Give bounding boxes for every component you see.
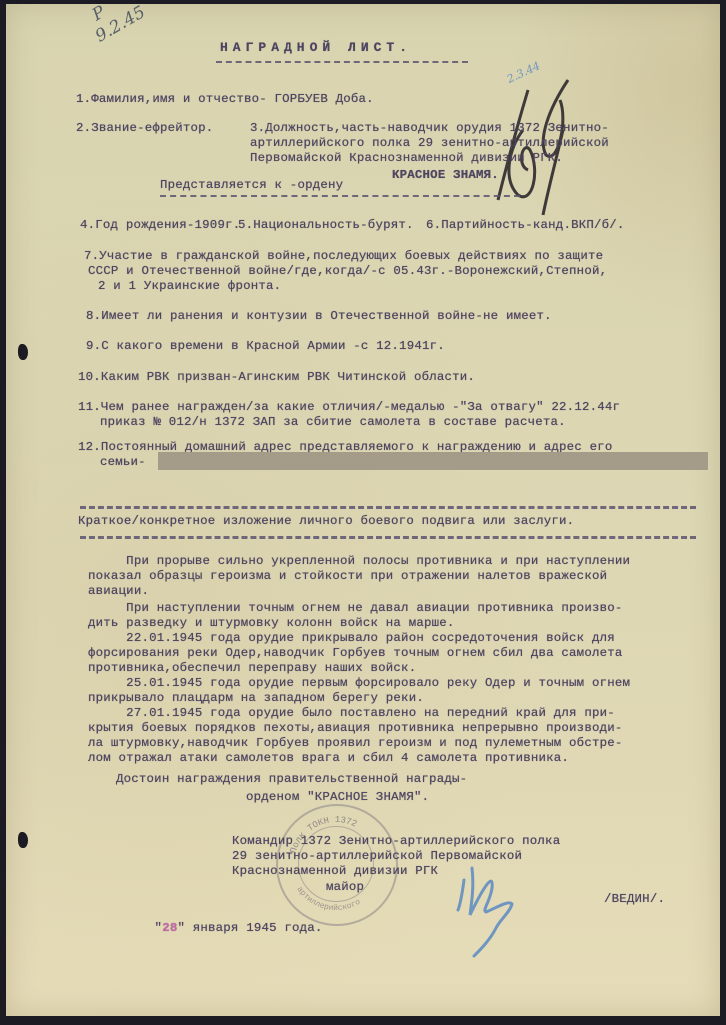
date-rest: января 1945 года. <box>185 921 322 935</box>
conclusion-line1: Достоин награждения правительственной на… <box>116 772 467 787</box>
field-party: 6.Партийность-канд.ВКП/б/. <box>426 218 625 233</box>
section-rule-bottom <box>80 536 696 539</box>
signatory-line3: Краснознаменной дивизии РГК <box>232 864 438 879</box>
binding-hole <box>18 344 28 360</box>
field-position-line3: Первомайской Краснознаменной дивизии РГК… <box>250 151 563 166</box>
narrative-line: лом отражал атаки самолетов врага и сбил… <box>88 751 569 766</box>
field-position-line2: артиллерийского полка 29 зенитно-артилле… <box>250 136 609 151</box>
field-surname: 1.Фамилия,имя и отчество- ГОРБУЕВ Доба. <box>76 92 374 107</box>
narrative-line: противника,обеспечил переправу наших вой… <box>88 661 416 676</box>
award-sheet: Р 9.2.45 НАГРАДНОЙ ЛИСТ. 2.3.44 1.Фамили… <box>6 4 720 1016</box>
document-date: "28" января 1945 года. <box>124 906 323 951</box>
field-rank: 2.Звание-ефрейтор. <box>76 121 213 136</box>
narrative-line: форсирования реки Одер,наводчик Горбуев … <box>88 646 623 661</box>
narrative-line: При наступлении точным огнем не давал ав… <box>88 601 623 616</box>
narrative-line: прикрывало плацдарм на западном берегу р… <box>88 691 424 706</box>
narrative-line: крытия боевых порядков пехоты,авиация пр… <box>88 721 623 736</box>
title-underline <box>216 61 468 63</box>
field-army-since: 9.С какого времени в Красной Армии -с 12… <box>86 339 445 354</box>
field-war-participation-line3: 2 и 1 Украинские фронта. <box>98 279 281 294</box>
field-birth-year: 4.Год рождения-1909г. <box>80 218 240 233</box>
narrative-line: 22.01.1945 года орудие прикрывало район … <box>88 631 615 646</box>
conclusion-line2: орденом "КРАСНОЕ ЗНАМЯ". <box>246 790 429 805</box>
narrative-line: показал образцы героизма и стойкости при… <box>88 569 607 584</box>
binding-hole <box>18 832 28 848</box>
narrative-line: авиации. <box>88 584 149 599</box>
field-address-line2: семьи- <box>100 455 146 470</box>
signature <box>452 860 532 960</box>
narrative-line: При прорыве сильно укрепленной полосы пр… <box>88 554 630 569</box>
field-war-participation-line1: 7.Участие в гражданской войне,последующи… <box>84 249 603 264</box>
signatory-line1: Командир 1372 Зенитно-артиллерийского по… <box>232 834 560 849</box>
section-rule-top <box>80 506 696 509</box>
narrative-line: 25.01.1945 года орудие первым форсировал… <box>88 676 630 691</box>
nomination-label: Представляется к -ордену <box>160 178 343 193</box>
field-war-participation-line2: СССР и Отечественной войне/где,когда/-с … <box>88 264 607 279</box>
field-wounds: 8.Имеет ли ранения и контузии в Отечеств… <box>86 309 552 324</box>
page-title: НАГРАДНОЙ ЛИСТ. <box>220 40 412 55</box>
field-previous-awards-line2: приказ № 012/н 1372 ЗАП за сбитие самоле… <box>100 415 566 430</box>
signatory-name: /ВЕДИН/. <box>604 892 665 907</box>
field-drafted-by: 10.Каким РВК призван-Агинским РВК Читинс… <box>78 370 475 385</box>
narrative-line: дить разведку и штурмовку колонн войск н… <box>88 616 455 631</box>
field-nationality: 5.Национальность-бурят. <box>238 218 414 233</box>
narrative-line: 27.01.1945 года орудие было поставлено н… <box>88 706 615 721</box>
nomination-award: КРАСНОЕ ЗНАМЯ. <box>392 168 499 183</box>
margin-note: Р 9.2.45 <box>82 0 149 47</box>
redacted-address <box>158 452 708 470</box>
signatory-rank: майор <box>326 880 364 895</box>
nomination-underline <box>160 195 520 197</box>
date-day: 28 <box>162 921 177 935</box>
field-previous-awards-line1: 11.Чем ранее награжден/за какие отличия/… <box>78 400 620 415</box>
section-heading: Краткое/конкретное изложение личного бое… <box>78 514 574 529</box>
field-position-line1: 3.Должность,часть-наводчик орудия 1372 З… <box>250 121 609 136</box>
narrative-line: ла штурмовку,наводчик Горбуев проявил ге… <box>88 736 623 751</box>
